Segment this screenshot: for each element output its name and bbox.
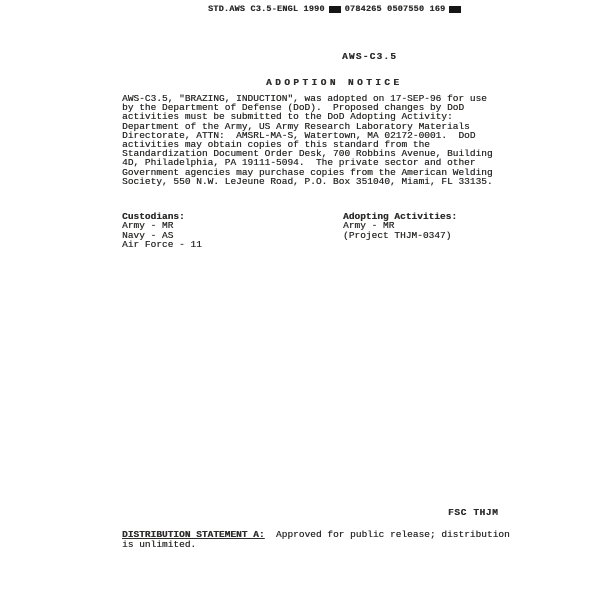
doc-number: AWS-C3.5: [342, 51, 397, 62]
adopting-activities-column: Adopting Activities: Army - MR (Project …: [343, 212, 457, 250]
body-paragraph: AWS-C3.5, "BRAZING, INDUCTION", was adop…: [122, 94, 493, 186]
document-page: STD.AWS C3.5-ENGL 1990 0784265 0507550 1…: [0, 0, 600, 600]
custodian-item: Air Force - 11: [122, 240, 343, 249]
custodians-section: Custodians: Army - MR Navy - AS Air Forc…: [122, 212, 542, 250]
body-line: Society, 550 N.W. LeJeune Road, P.O. Box…: [122, 177, 493, 186]
distribution-statement-line: is unlimited.: [122, 540, 510, 550]
document-numbers-text: 0784265 0507550 169: [345, 4, 446, 14]
standard-id-code-line: STD.AWS C3.5-ENGL 1990 0784265 0507550 1…: [208, 4, 465, 14]
filled-block-icon: [329, 6, 341, 13]
adopting-activity-item: (Project THJM-0347): [343, 231, 457, 240]
filled-block-icon: [449, 6, 461, 13]
distribution-statement: DISTRIBUTION STATEMENT A: Approved for p…: [122, 530, 510, 549]
standard-id-text: STD.AWS C3.5-ENGL 1990: [208, 4, 325, 14]
custodians-column: Custodians: Army - MR Navy - AS Air Forc…: [122, 212, 343, 250]
adoption-notice-title: ADOPTION NOTICE: [266, 77, 403, 88]
fsc-code: FSC THJM: [448, 507, 498, 518]
distribution-statement-text: Approved for public release; distributio…: [265, 529, 510, 540]
